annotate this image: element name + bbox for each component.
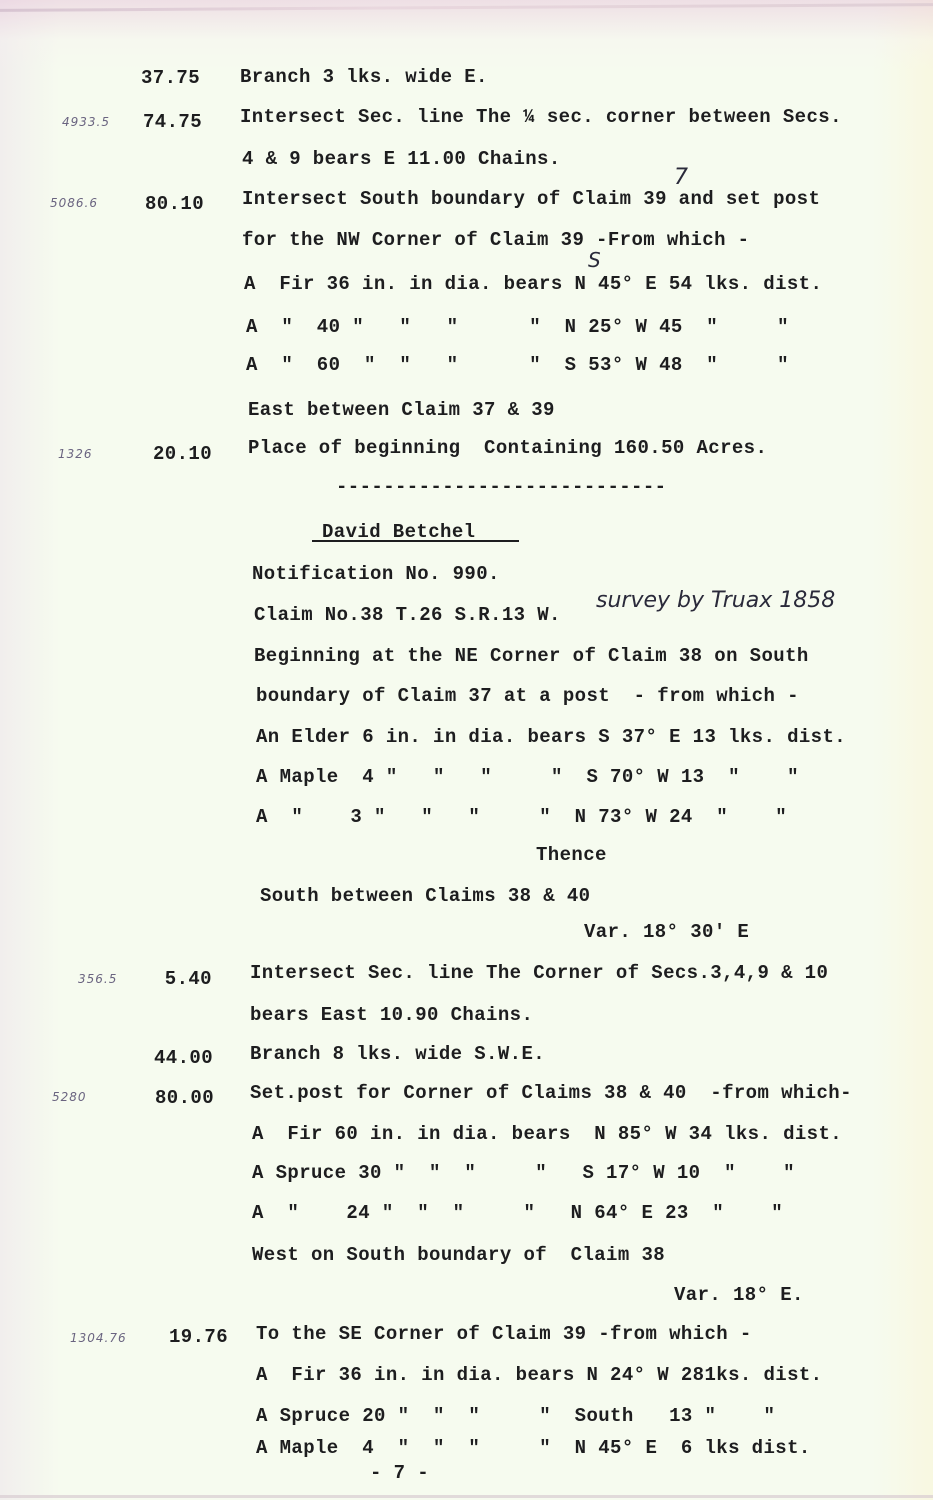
distance: 5.40 [132,968,212,990]
handwritten-correction: S [588,248,601,272]
entry-text: Place of beginning Containing 160.50 Acr… [248,437,767,459]
entry-text: A Spruce 20 " " " " South 13 " " [256,1405,775,1427]
entry-text: Set.post for Corner of Claims 38 & 40 -f… [250,1082,852,1104]
entry-text: East between Claim 37 & 39 [248,399,555,421]
paper-top-edge [0,3,933,12]
entry-text: A Fir 36 in. in dia. bears N 24° W 281ks… [256,1364,823,1386]
notification-number: Notification No. 990. [252,563,500,585]
entry-text: A Fir 60 in. in dia. bears N 85° W 34 lk… [252,1123,842,1145]
entry-text: A " 60 " " " " S 53° W 48 " " [246,354,789,376]
distance: 44.00 [133,1047,213,1069]
entry-text: A " 3 " " " " N 73° W 24 " " [256,806,787,828]
entry-text: Beginning at the NE Corner of Claim 38 o… [254,645,809,667]
entry-text: To the SE Corner of Claim 39 -from which… [256,1323,752,1345]
distance: 74.75 [122,111,202,133]
distance: 20.10 [132,443,212,465]
margin-note: 1304.76 [70,1331,127,1345]
entry-text: 4 & 9 bears E 11.00 Chains. [242,148,561,170]
entry-text: Intersect South boundary of Claim 39 and… [242,188,820,210]
entry-text: West on South boundary of Claim 38 [252,1244,665,1266]
margin-note: 4933.5 [62,115,110,129]
variation-label: Var. 18° 30' E [584,921,749,943]
paper-bottom-edge [0,1495,933,1498]
handwritten-correction: 7 [674,165,688,190]
entry-text: boundary of Claim 37 at a post - from wh… [256,685,799,707]
margin-note: 5086.6 [50,196,98,210]
entry-text: Branch 3 lks. wide E. [240,66,488,88]
claim-line: Claim No.38 T.26 S.R.13 W. [254,604,561,626]
variation-label: Var. 18° E. [674,1284,804,1306]
entry-text: A " 24 " " " " N 64° E 23 " " [252,1202,783,1224]
distance: 80.00 [134,1087,214,1109]
entry-text: Intersect Sec. line The ¼ sec. corner be… [240,106,842,128]
thence-label: Thence [536,844,607,866]
entry-text: A Maple 4 " " " " S 70° W 13 " " [256,766,799,788]
direction-line: South between Claims 38 & 40 [260,885,590,907]
entry-text: A Spruce 30 " " " " S 17° W 10 " " [252,1162,795,1184]
entry-text: A Fir 36 in. in dia. bears N 45° E 54 lk… [244,273,822,295]
section-divider: ---------------------------- [336,476,666,498]
entry-text: An Elder 6 in. in dia. bears S 37° E 13 … [256,726,846,748]
handwritten-survey-note: survey by Truax 1858 [596,588,835,613]
distance: 19.76 [148,1326,228,1348]
margin-note: 5280 [52,1090,87,1104]
margin-note: 1326 [58,447,93,461]
entry-text: Intersect Sec. line The Corner of Secs.3… [250,962,828,984]
entry-text: A Maple 4 " " " " N 45° E 6 lks dist. [256,1437,811,1459]
name-underline [312,540,519,542]
margin-note: 356.5 [78,972,117,986]
page-number: - 7 - [370,1462,429,1484]
entry-text: for the NW Corner of Claim 39 -From whic… [242,229,749,251]
entry-text: Branch 8 lks. wide S.W.E. [250,1043,545,1065]
document-page: 37.75 Branch 3 lks. wide E. 4933.5 74.75… [0,0,933,1500]
entry-text: bears East 10.90 Chains. [250,1004,533,1026]
distance: 37.75 [120,67,200,89]
entry-text: A " 40 " " " " N 25° W 45 " " [246,316,789,338]
distance: 80.10 [124,193,204,215]
